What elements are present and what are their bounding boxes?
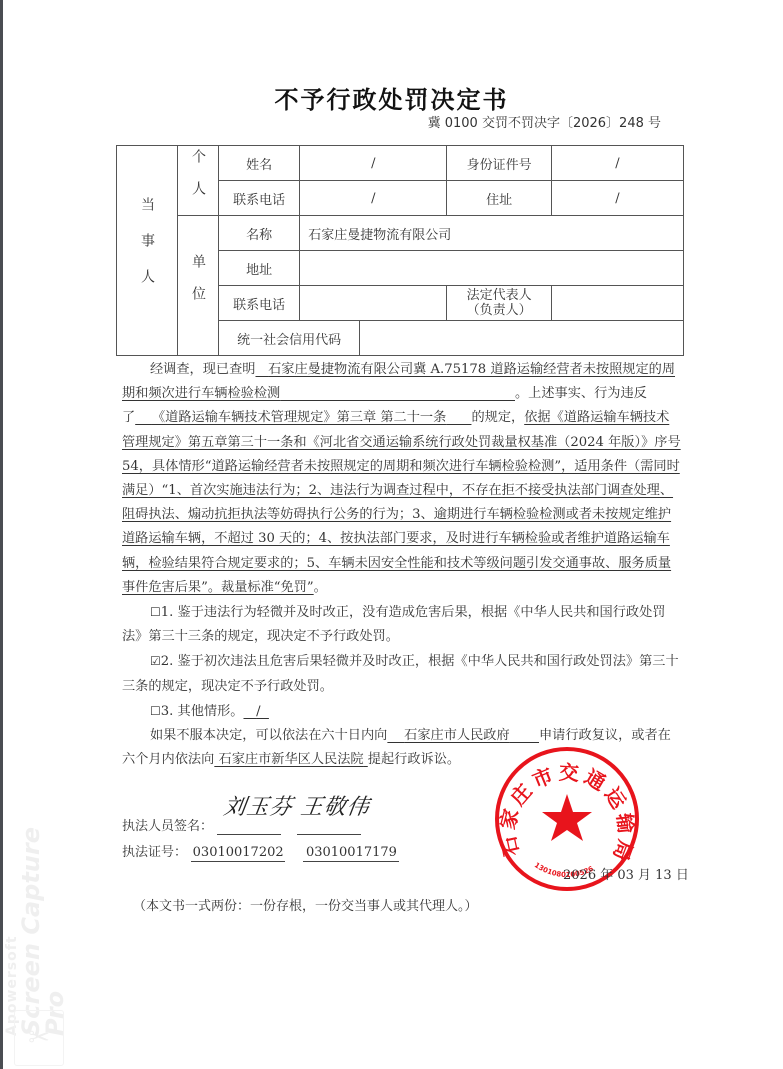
legal-rep-label-line1: 法定代表人 — [447, 288, 551, 303]
unit-label: 单位 — [178, 216, 219, 356]
signature-line-1 — [217, 818, 281, 835]
appeal-court-text: 石家庄市新华区人民法院 — [219, 752, 364, 767]
violated-suffix: 的规定， — [471, 410, 524, 425]
option-1-text: 1. 鉴于违法行为轻微并及时改正，没有造成危害后果，根据《中华人民共和国行政处罚… — [122, 605, 665, 644]
scissors-icon: ✂ — [14, 1010, 64, 1066]
unit-address-label: 地址 — [219, 251, 300, 286]
decision-date: 2026 年 03 月 13 日 — [563, 864, 689, 883]
legal-rep-label: 法定代表人 （负责人） — [447, 286, 552, 321]
unit-phone-value — [300, 286, 447, 321]
option-3: ☐3. 其他情形。 / — [122, 699, 682, 724]
option-3-value: / — [243, 704, 268, 719]
investigation-prefix: 经调查，现已查明 — [150, 362, 256, 377]
signature-line-2 — [297, 818, 361, 835]
option-2-text: 2. 鉴于初次违法且危害后果轻微并及时改正，根据《中华人民共和国行政处罚法》第三… — [122, 654, 679, 693]
individual-phone-value: / — [300, 181, 447, 216]
violated-regulation: 《道路运输车辆技术管理规定》第三章 第二十一条 — [135, 410, 471, 425]
cert-number-1: 03010017202 — [191, 845, 285, 862]
decision-body: 经调查，现已查明 石家庄曼捷物流有限公司冀 A.75178 道路运输经营者未按照… — [122, 358, 682, 772]
watermark-product: Screen Capture Pro — [19, 786, 67, 1036]
option-2: ☑2. 鉴于初次违法且危害后果轻微并及时改正，根据《中华人民共和国行政处罚法》第… — [122, 649, 682, 698]
appeal-government: 石家庄市人民政府 — [387, 728, 539, 743]
option-1: ☐1. 鉴于违法行为轻微并及时改正，没有造成危害后果，根据《中华人民共和国行政处… — [122, 600, 682, 649]
appeal-court: 石家庄市新华区人民法院 — [214, 752, 367, 767]
individual-label: 个人 — [178, 146, 219, 216]
cert-label: 执法证号： — [122, 845, 187, 860]
unit-name-label: 名称 — [219, 216, 300, 251]
option-3-text: 3. 其他情形。 — [161, 704, 244, 719]
legal-basis: 依据《道路运输车辆技术管理规定》第五章第三十一条和《河北省交通运输系统行政处罚裁… — [122, 410, 681, 594]
footer-note: （本文书一式两份：一份存根，一份交当事人或其代理人。） — [133, 895, 478, 914]
option-2-checkbox[interactable]: ☑ — [150, 654, 161, 668]
signature-block: 执法人员签名： 执法证号： 03010017202 03010017179 — [122, 790, 399, 866]
unit-address-value — [300, 251, 684, 286]
individual-id-value: / — [551, 146, 683, 181]
appeal-prefix: 如果不服本决定，可以依法在六十日内向 — [150, 728, 387, 743]
appeal-government-text: 石家庄市人民政府 — [404, 728, 510, 743]
unit-phone-label: 联系电话 — [219, 286, 300, 321]
party-info-table: 当事人 个人 姓名 / 身份证件号 / 联系电话 / 住址 / 单位 名称 石家… — [116, 145, 684, 356]
investigation-paragraph: 经调查，现已查明 石家庄曼捷物流有限公司冀 A.75178 道路运输经营者未按照… — [122, 358, 682, 600]
legal-rep-label-line2: （负责人） — [447, 303, 551, 318]
individual-address-label: 住址 — [447, 181, 552, 216]
option-1-checkbox[interactable]: ☐ — [150, 605, 161, 619]
appeal-end: 提起行政诉讼。 — [368, 752, 460, 767]
party-label: 当事人 — [117, 146, 178, 356]
cert-number-2: 03010017179 — [303, 845, 399, 862]
credit-code-value — [360, 321, 684, 356]
document-title: 不予行政处罚决定书 — [0, 80, 783, 115]
paragraph-end: 。 — [314, 580, 327, 595]
credit-code-label: 统一社会信用代码 — [219, 321, 360, 356]
individual-phone-label: 联系电话 — [219, 181, 300, 216]
window-edge — [0, 0, 3, 1069]
legal-rep-value — [551, 286, 683, 321]
individual-id-label: 身份证件号 — [447, 146, 552, 181]
document-number: 冀 0100 交罚不罚决字〔2026〕248 号 — [428, 112, 661, 131]
signer-label: 执法人员签名： — [122, 819, 213, 834]
violated-value: 《道路运输车辆技术管理规定》第三章 第二十一条 — [152, 410, 446, 425]
individual-name-label: 姓名 — [219, 146, 300, 181]
individual-address-value: / — [551, 181, 683, 216]
unit-name-value: 石家庄曼捷物流有限公司 — [300, 216, 684, 251]
individual-name-value: / — [300, 146, 447, 181]
watermark: Apowersoft Screen Capture Pro ✂ — [6, 760, 66, 1060]
option-3-value-text: / — [256, 704, 260, 719]
option-3-checkbox[interactable]: ☐ — [150, 704, 161, 718]
